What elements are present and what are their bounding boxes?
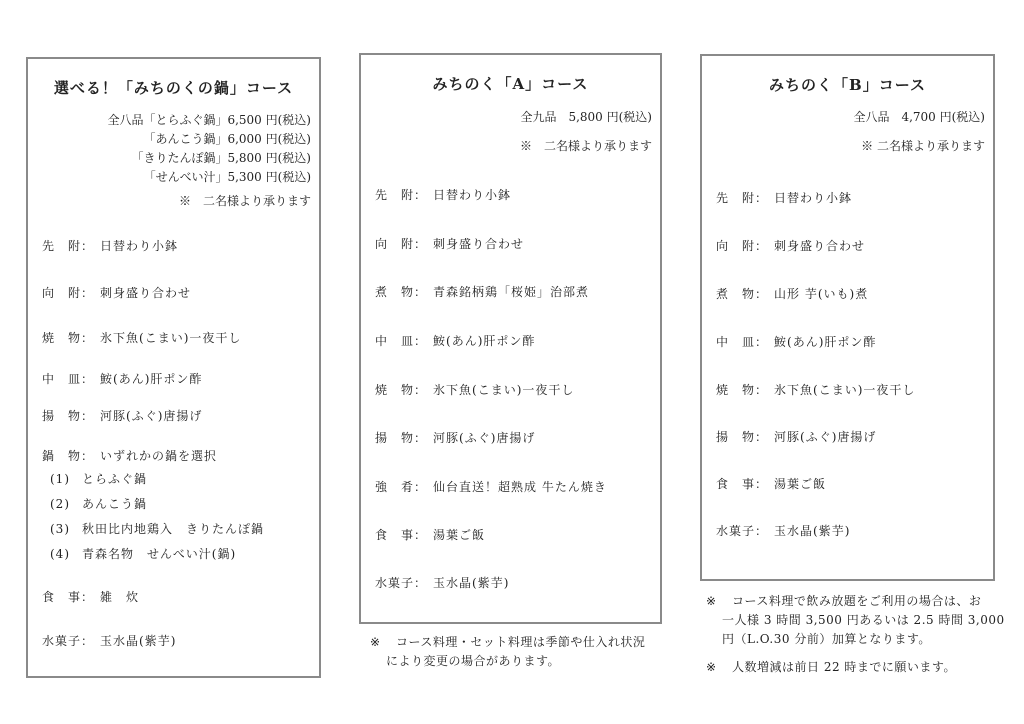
- menu-item: 焼 物：氷下魚(こまい)一夜干し: [716, 381, 915, 398]
- item-dish: 河豚(ふぐ)唐揚げ: [100, 407, 202, 424]
- menu-item: 水菓子：玉水晶(紫芋): [42, 632, 176, 649]
- item-category: 焼 物：: [716, 381, 768, 398]
- item-category: 揚 物：: [716, 428, 768, 445]
- item-category: 食 事：: [42, 588, 94, 605]
- item-dish: 日替わり小鉢: [433, 186, 511, 203]
- menu-item: 揚 物：河豚(ふぐ)唐揚げ: [375, 429, 535, 446]
- course-title: みちのく「B」コース: [702, 74, 993, 95]
- price-line: 「きりたんぽ鍋」5,800 円(税込): [131, 149, 311, 166]
- item-dish: 河豚(ふぐ)唐揚げ: [774, 428, 876, 445]
- price-line: 全九品 5,800 円(税込): [520, 108, 652, 125]
- nabe-option: (2)あんこう鍋: [50, 495, 147, 512]
- menu-item: 焼 物：氷下魚(こまい)一夜干し: [42, 329, 241, 346]
- item-category: 向 附：: [716, 237, 768, 254]
- item-dish: 河豚(ふぐ)唐揚げ: [433, 429, 535, 446]
- menu-item: 向 附：刺身盛り合わせ: [42, 284, 191, 301]
- nabe-option: (3)秋田比内地鶏入 きりたんぽ鍋: [50, 520, 264, 537]
- menu-item: 鍋 物：いずれかの鍋を選択: [42, 447, 217, 464]
- note-mark: ※: [370, 633, 396, 652]
- item-category: 中 皿：: [375, 332, 427, 349]
- nabe-option: (1)とらふぐ鍋: [50, 470, 147, 487]
- item-dish: 日替わり小鉢: [100, 237, 178, 254]
- min-party-note: ※ 二名様より承ります: [520, 137, 652, 154]
- course-title: みちのく「A」コース: [361, 73, 660, 94]
- menu-item: 煮 物：山形 芋(いも)煮: [716, 285, 868, 302]
- note-text: 一人様 3 時間 3,500 円あるいは 2.5 時間 3,000: [706, 611, 1006, 630]
- menu-item: 先 附：日替わり小鉢: [716, 189, 852, 206]
- item-dish: 日替わり小鉢: [774, 189, 852, 206]
- note-text: 人数増減は前日 22 時までに願います。: [732, 660, 956, 674]
- price-line: 全八品「とらふぐ鍋」6,500 円(税込): [107, 111, 311, 128]
- item-dish: 仙台直送！超熟成 牛たん焼き: [433, 478, 607, 495]
- item-category: 強 肴：: [375, 478, 427, 495]
- course-card-b: みちのく「B」コース 全八品 4,700 円(税込) ※ 二名様より承ります 先…: [700, 54, 995, 581]
- menu-item: 先 附：日替わり小鉢: [42, 237, 178, 254]
- menu-item: 先 附：日替わり小鉢: [375, 186, 511, 203]
- item-dish: 刺身盛り合わせ: [774, 237, 865, 254]
- item-category: 先 附：: [375, 186, 427, 203]
- menu-item: 中 皿：鮟(あん)肝ポン酢: [716, 333, 876, 350]
- menu-item: 水菓子：玉水晶(紫芋): [716, 522, 850, 539]
- item-dish: 玉水晶(紫芋): [100, 632, 176, 649]
- menu-item: 食 事：湯葉ご飯: [375, 526, 485, 543]
- menu-item: 中 皿：鮟(あん)肝ポン酢: [42, 370, 202, 387]
- item-category: 揚 物：: [42, 407, 94, 424]
- option-number: (4): [50, 547, 82, 561]
- menu-item: 向 附：刺身盛り合わせ: [375, 235, 524, 252]
- item-dish: 鮟(あん)肝ポン酢: [100, 370, 202, 387]
- option-text: 青森名物 せんべい汁(鍋): [82, 547, 236, 561]
- item-category: 焼 物：: [375, 381, 427, 398]
- item-dish: 刺身盛り合わせ: [433, 235, 524, 252]
- item-category: 焼 物：: [42, 329, 94, 346]
- item-category: 水菓子：: [716, 522, 768, 539]
- item-dish: 刺身盛り合わせ: [100, 284, 191, 301]
- item-dish: 青森銘柄鶏「桜姫」治部煮: [433, 283, 589, 300]
- menu-item: 煮 物：青森銘柄鶏「桜姫」治部煮: [375, 283, 589, 300]
- item-dish: 氷下魚(こまい)一夜干し: [433, 381, 574, 398]
- item-category: 鍋 物：: [42, 447, 94, 464]
- note-mark: ※: [706, 658, 732, 677]
- course-card-a: みちのく「A」コース 全九品 5,800 円(税込) ※ 二名様より承ります 先…: [359, 53, 662, 624]
- item-category: 食 事：: [375, 526, 427, 543]
- menu-item: 焼 物：氷下魚(こまい)一夜干し: [375, 381, 574, 398]
- item-dish: 鮟(あん)肝ポン酢: [774, 333, 876, 350]
- menu-item: 強 肴：仙台直送！超熟成 牛たん焼き: [375, 478, 607, 495]
- note-text: により変更の場合があります。: [370, 652, 665, 671]
- item-category: 食 事：: [716, 475, 768, 492]
- item-dish: 氷下魚(こまい)一夜干し: [774, 381, 915, 398]
- course-title: 選べる！「みちのくの鍋」コース: [28, 77, 319, 98]
- menu-item: 揚 物：河豚(ふぐ)唐揚げ: [42, 407, 202, 424]
- item-category: 中 皿：: [42, 370, 94, 387]
- all-you-can-drink-note: ※コース料理で飲み放題をご利用の場合は、お 一人様 3 時間 3,500 円ある…: [706, 592, 1006, 649]
- item-category: 煮 物：: [716, 285, 768, 302]
- note-mark: ※: [706, 592, 732, 611]
- item-dish: 山形 芋(いも)煮: [774, 285, 868, 302]
- min-party-note: ※ 二名様より承ります: [179, 192, 311, 209]
- item-dish: いずれかの鍋を選択: [100, 447, 217, 464]
- item-dish: 玉水晶(紫芋): [774, 522, 850, 539]
- menu-item: 水菓子：玉水晶(紫芋): [375, 574, 509, 591]
- course-card-nabe: 選べる！「みちのくの鍋」コース 全八品「とらふぐ鍋」6,500 円(税込) 「あ…: [26, 57, 321, 678]
- option-number: (1): [50, 472, 82, 486]
- option-number: (3): [50, 522, 82, 536]
- menu-item: 食 事：雑 炊: [42, 588, 139, 605]
- price-line: 「せんべい汁」5,300 円(税込): [144, 168, 311, 185]
- item-dish: 鮟(あん)肝ポン酢: [433, 332, 535, 349]
- item-dish: 玉水晶(紫芋): [433, 574, 509, 591]
- item-category: 先 附：: [716, 189, 768, 206]
- item-category: 水菓子：: [42, 632, 94, 649]
- menu-item: 中 皿：鮟(あん)肝ポン酢: [375, 332, 535, 349]
- item-category: 先 附：: [42, 237, 94, 254]
- menu-item: 向 附：刺身盛り合わせ: [716, 237, 865, 254]
- menu-item: 揚 物：河豚(ふぐ)唐揚げ: [716, 428, 876, 445]
- item-category: 向 附：: [42, 284, 94, 301]
- item-category: 揚 物：: [375, 429, 427, 446]
- price-line: 全八品 4,700 円(税込): [853, 108, 985, 125]
- headcount-change-note: ※人数増減は前日 22 時までに願います。: [706, 658, 1006, 677]
- note-text: コース料理・セット料理は季節や仕入れ状況: [396, 635, 645, 649]
- note-text: コース料理で飲み放題をご利用の場合は、お: [732, 594, 981, 608]
- option-text: 秋田比内地鶏入 きりたんぽ鍋: [82, 522, 264, 536]
- seasonal-change-note: ※コース料理・セット料理は季節や仕入れ状況 により変更の場合があります。: [370, 633, 665, 671]
- min-party-note: ※ 二名様より承ります: [861, 137, 985, 154]
- item-dish: 湯葉ご飯: [433, 526, 485, 543]
- item-dish: 湯葉ご飯: [774, 475, 826, 492]
- option-text: とらふぐ鍋: [82, 472, 147, 486]
- item-dish: 氷下魚(こまい)一夜干し: [100, 329, 241, 346]
- item-dish: 雑 炊: [100, 588, 139, 605]
- nabe-option: (4)青森名物 せんべい汁(鍋): [50, 545, 236, 562]
- option-text: あんこう鍋: [82, 497, 147, 511]
- item-category: 中 皿：: [716, 333, 768, 350]
- item-category: 煮 物：: [375, 283, 427, 300]
- menu-item: 食 事：湯葉ご飯: [716, 475, 826, 492]
- option-number: (2): [50, 497, 82, 511]
- item-category: 水菓子：: [375, 574, 427, 591]
- item-category: 向 附：: [375, 235, 427, 252]
- price-line: 「あんこう鍋」6,000 円(税込): [143, 130, 311, 147]
- note-text: 円（L.O.30 分前）加算となります。: [706, 630, 1006, 649]
